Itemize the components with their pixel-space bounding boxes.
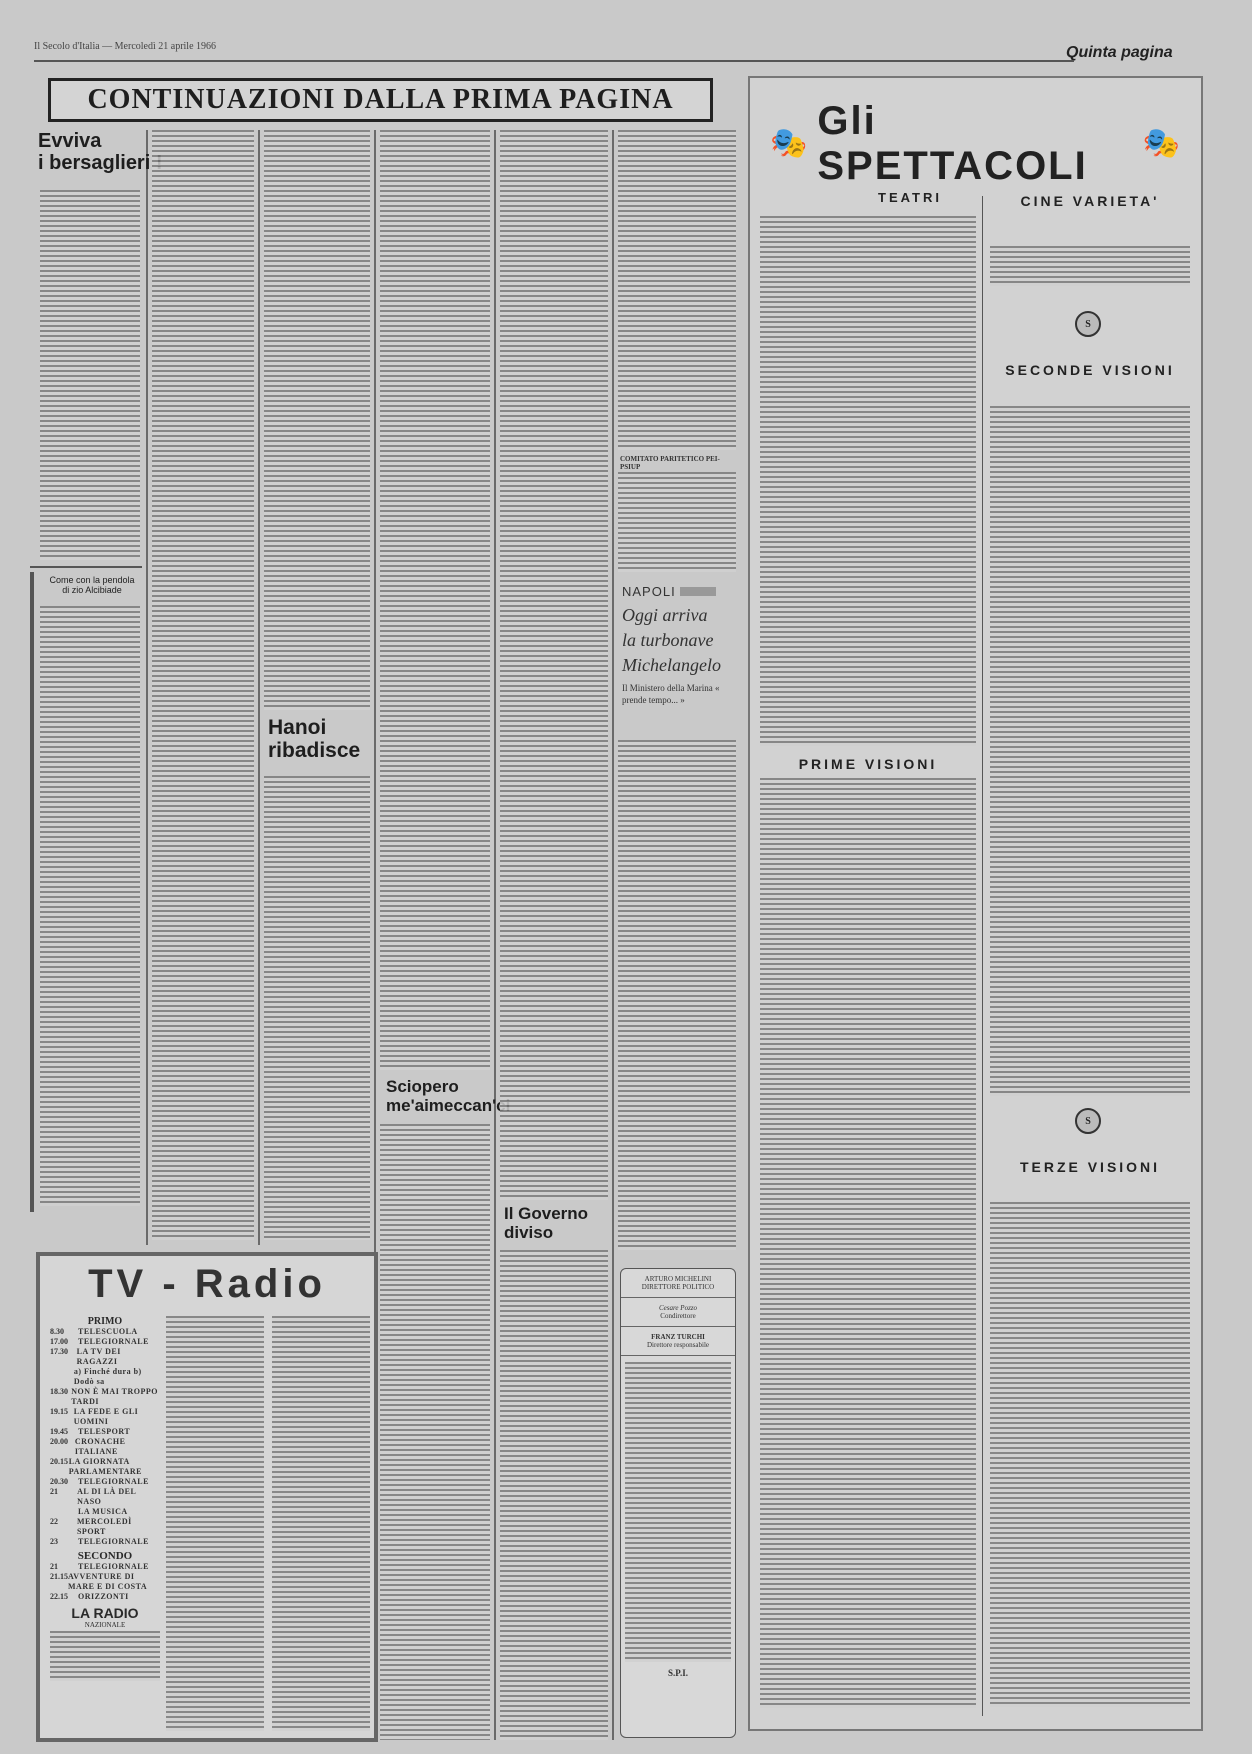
tv-program-row: 21TELEGIORNALE: [50, 1562, 160, 1572]
program-title: LA TV DEI RAGAZZI: [77, 1347, 160, 1367]
tv-program-row: 23TELEGIORNALE: [50, 1537, 160, 1547]
program-title: LA GIORNATA PARLAMENTARE: [69, 1457, 160, 1477]
radio-listing: [50, 1631, 160, 1681]
spettacoli-panel: 🎭 Gli SPETTACOLI 🎭 TEATRI CINE VARIETA' …: [748, 76, 1203, 1731]
program-time: 22: [50, 1517, 77, 1537]
program-title: LA MUSICA: [78, 1507, 128, 1517]
section-terze-visioni: TERZE VISIONI: [990, 1158, 1190, 1176]
subhead-comitato: COMITATO PARITETICO PEI-PSIUP: [620, 455, 734, 471]
listing-teatri: [760, 216, 976, 746]
column-rule: [146, 130, 148, 1245]
program-time: 19.45: [50, 1427, 78, 1437]
headline-pendola: Come con la pendola di zio Alcibiade: [40, 576, 144, 596]
theater-mask-icon: 🎭: [1143, 126, 1180, 161]
program-title: LA FEDE E GLI UOMINI: [74, 1407, 160, 1427]
masthead-box: ARTURO MICHELINI DIRETTORE POLITICO Cesa…: [620, 1268, 736, 1738]
headline-hanoi: Hanoi ribadisce: [268, 716, 360, 762]
program-title: TELEGIORNALE: [78, 1537, 149, 1547]
listing-terze-visioni: [990, 1202, 1190, 1707]
program-time: 21: [50, 1562, 78, 1572]
section-banner: CONTINUAZIONI DALLA PRIMA PAGINA: [48, 78, 713, 122]
theater-mask-icon: 🎭: [770, 126, 807, 161]
program-time: 20.30: [50, 1477, 78, 1487]
article-body-col2: [152, 130, 254, 1240]
article-body-sciopero: [380, 1124, 490, 1740]
column-rule: [494, 130, 496, 1740]
program-time: 23: [50, 1537, 78, 1547]
section-prime-visioni: PRIME VISIONI: [760, 756, 976, 772]
column-rule: [258, 130, 260, 1245]
running-head: Il Secolo d'Italia — Mercoledì 21 aprile…: [34, 41, 216, 52]
program-title: AVVENTURE DI MARE E DI COSTA: [68, 1572, 160, 1592]
column-rule: [982, 196, 983, 1716]
tv-program-row: 21AL DI LÀ DEL NASO: [50, 1487, 160, 1507]
program-time: [50, 1507, 78, 1517]
program-time: 21.15: [50, 1572, 68, 1592]
deck-napoli: Il Ministero della Marina « prende tempo…: [622, 682, 736, 706]
program-title: a) Finché dura b) Dodò sa: [74, 1367, 160, 1387]
emblem-icon: S: [1075, 1108, 1101, 1134]
program-title: ORIZZONTI: [78, 1592, 129, 1602]
program-title: TELEGIORNALE: [78, 1562, 149, 1572]
section-cine-varieta: CINE VARIETA': [990, 192, 1190, 210]
section-seconde-visioni: SECONDE VISIONI: [990, 361, 1190, 379]
article-body-napoli: [618, 740, 736, 1250]
side-bar: [30, 572, 34, 1212]
program-title: TELEGIORNALE: [78, 1337, 149, 1347]
tv-program-row: a) Finché dura b) Dodò sa: [50, 1367, 160, 1387]
divider: [30, 566, 142, 568]
radio-listing-col3: [272, 1316, 370, 1731]
tv-program-row: 21.15AVVENTURE DI MARE E DI COSTA: [50, 1572, 160, 1592]
program-title: TELEGIORNALE: [78, 1477, 149, 1487]
tv-program-row: 19.15LA FEDE E GLI UOMINI: [50, 1407, 160, 1427]
headline-sciopero: Sciopero me'aimeccan'ci: [386, 1078, 510, 1115]
program-time: 17.00: [50, 1337, 78, 1347]
spettacoli-title: Gli SPETTACOLI: [817, 99, 1132, 189]
tv-program-row: 22.15ORIZZONTI: [50, 1592, 160, 1602]
tv-program-row: LA MUSICA: [50, 1507, 160, 1517]
tv-radio-title: TV - Radio: [40, 1262, 374, 1307]
article-body-evviva: [40, 190, 140, 560]
program-time: 19.15: [50, 1407, 74, 1427]
section-teatri: TEATRI: [810, 190, 1010, 205]
masthead-fineprint: [625, 1362, 731, 1662]
tv-program-row: 20.15LA GIORNATA PARLAMENTARE: [50, 1457, 160, 1477]
program-time: 17.30: [50, 1347, 77, 1367]
listing-prime-visioni: [760, 778, 976, 1708]
article-body-col4: [380, 130, 490, 1070]
kicker-bar: [680, 587, 716, 596]
tv-program-row: 20.30TELEGIORNALE: [50, 1477, 160, 1487]
program-time: 20.15: [50, 1457, 69, 1477]
tv-program-row: 19.45TELESPORT: [50, 1427, 160, 1437]
headline-evviva: Evviva i bersaglieri !: [38, 130, 163, 174]
article-body-col5: [500, 130, 608, 1200]
tv-program-row: 8.30TELESCUOLA: [50, 1327, 160, 1337]
tv-program-row: 22MERCOLEDÌ SPORT: [50, 1517, 160, 1537]
kicker-napoli: NAPOLI: [622, 584, 676, 599]
napoli-article-head: NAPOLI Oggi arriva la turbonave Michelan…: [622, 584, 736, 706]
column-rule: [612, 130, 614, 1740]
program-time: 22.15: [50, 1592, 78, 1602]
program-title: CRONACHE ITALIANE: [75, 1437, 160, 1457]
tv-program-row: 20.00CRONACHE ITALIANE: [50, 1437, 160, 1457]
tv-radio-box: TV - Radio PRIMO 8.30TELESCUOLA17.00TELE…: [36, 1252, 378, 1742]
program-title: AL DI LÀ DEL NASO: [77, 1487, 160, 1507]
program-time: 8.30: [50, 1327, 78, 1337]
article-body-col3: [264, 130, 370, 710]
tv-schedule-primo: PRIMO 8.30TELESCUOLA17.00TELEGIORNALE17.…: [50, 1316, 160, 1681]
program-time: 20.00: [50, 1437, 75, 1457]
page-label: Quinta pagina: [1066, 44, 1173, 62]
article-body-hanoi: [264, 776, 370, 1240]
spettacoli-banner: 🎭 Gli SPETTACOLI 🎭: [770, 96, 1180, 191]
program-title: TELESCUOLA: [78, 1327, 138, 1337]
listing-seconde-visioni: [990, 406, 1190, 1096]
emblem-icon: S: [1075, 311, 1101, 337]
article-body-pendola: [40, 606, 140, 1206]
program-time: [50, 1367, 74, 1387]
program-title: TELESPORT: [78, 1427, 130, 1437]
tv-program-row: 18.30NON È MAI TROPPO TARDI: [50, 1387, 160, 1407]
article-body-col6: [618, 130, 736, 450]
banner-title: CONTINUAZIONI DALLA PRIMA PAGINA: [87, 84, 673, 116]
program-time: 18.30: [50, 1387, 71, 1407]
program-title: MERCOLEDÌ SPORT: [77, 1517, 160, 1537]
tv-program-row: 17.30LA TV DEI RAGAZZI: [50, 1347, 160, 1367]
article-body-governo: [500, 1250, 608, 1740]
program-time: 21: [50, 1487, 77, 1507]
article-body-comitato: [618, 472, 736, 572]
radio-listing-col2: [166, 1316, 264, 1731]
listing-cine-varieta: [990, 246, 1190, 286]
headline-governo: Il Governo diviso: [504, 1205, 588, 1242]
top-rule: [34, 60, 1074, 62]
program-title: NON È MAI TROPPO TARDI: [71, 1387, 160, 1407]
tv-program-row: 17.00TELEGIORNALE: [50, 1337, 160, 1347]
